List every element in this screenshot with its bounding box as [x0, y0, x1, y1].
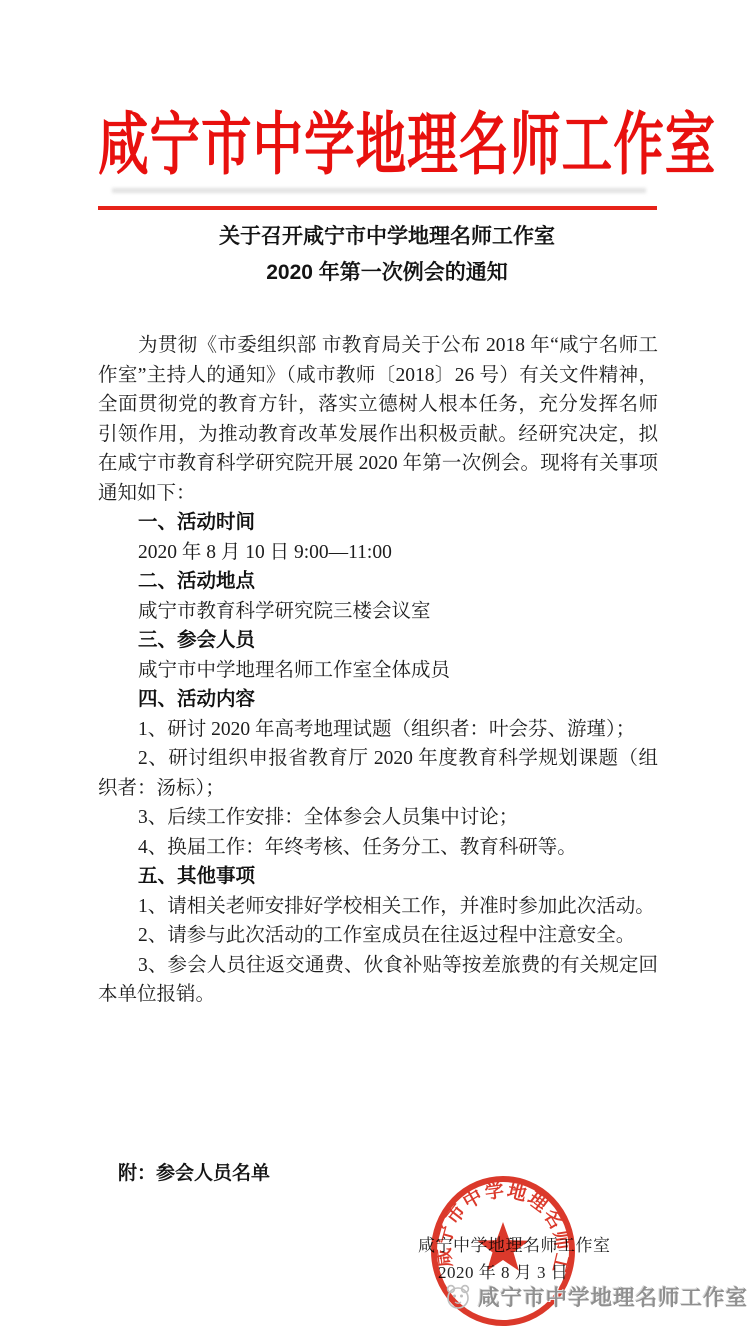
section-item: 2020 年 8 月 10 日 9:00—11:00 [98, 538, 658, 568]
section-item: 3、参会人员往返交通费、伙食补贴等按差旅费的有关规定回本单位报销。 [98, 951, 658, 1010]
section-heading-5: 五、其他事项 [98, 862, 658, 892]
document-title-line1: 关于召开咸宁市中学地理名师工作室 [22, 219, 752, 255]
studio-mascot-logo-icon [444, 1281, 472, 1311]
section-heading-3: 三、参会人员 [98, 626, 658, 656]
section-item: 咸宁市教育科学研究院三楼会议室 [98, 597, 658, 627]
attachment-note: 附：参会人员名单 [118, 1158, 270, 1185]
section-heading-1: 一、活动时间 [98, 508, 658, 538]
seal-star-icon [477, 1222, 528, 1271]
section-heading-4: 四、活动内容 [98, 685, 658, 715]
document-title-line2: 2020 年第一次例会的通知 [22, 255, 752, 291]
section-item: 1、请相关老师安排好学校相关工作，并准时参加此次活动。 [98, 892, 658, 922]
section-item: 1、研讨 2020 年高考地理试题（组织者：叶会芬、游瑾）； [98, 715, 658, 745]
section-item: 3、后续工作安排：全体参会人员集中讨论； [98, 803, 658, 833]
section-item: 2、请参与此次活动的工作室成员在往返过程中注意安全。 [98, 921, 658, 951]
footer-brand-text: 咸宁市中学地理名师工作室 [478, 1281, 748, 1312]
section-item: 4、换届工作：年终考核、任务分工、教育科研等。 [98, 833, 658, 863]
document-title: 关于召开咸宁市中学地理名师工作室 2020 年第一次例会的通知 [0, 219, 752, 291]
intro-paragraph: 为贯彻《市委组织部 市教育局关于公布 2018 年“咸宁名师工作室”主持人的通知… [98, 331, 658, 508]
masthead-smudge [112, 188, 646, 193]
section-item: 咸宁市中学地理名师工作室全体成员 [98, 656, 658, 686]
notice-body: 为贯彻《市委组织部 市教育局关于公布 2018 年“咸宁名师工作室”主持人的通知… [98, 331, 658, 1010]
notice-document: 咸宁市中学地理名师工作室 关于召开咸宁市中学地理名师工作室 2020 年第一次例… [0, 0, 752, 1331]
masthead-rule [98, 206, 657, 210]
masthead-title: 咸宁市中学地理名师工作室 [98, 90, 716, 188]
footer-brand-bar: 咸宁市中学地理名师工作室 [444, 1280, 748, 1312]
section-heading-2: 二、活动地点 [98, 567, 658, 597]
section-item: 2、研讨组织申报省教育厅 2020 年度教育科学规划课题（组织者：汤标）； [98, 744, 658, 803]
